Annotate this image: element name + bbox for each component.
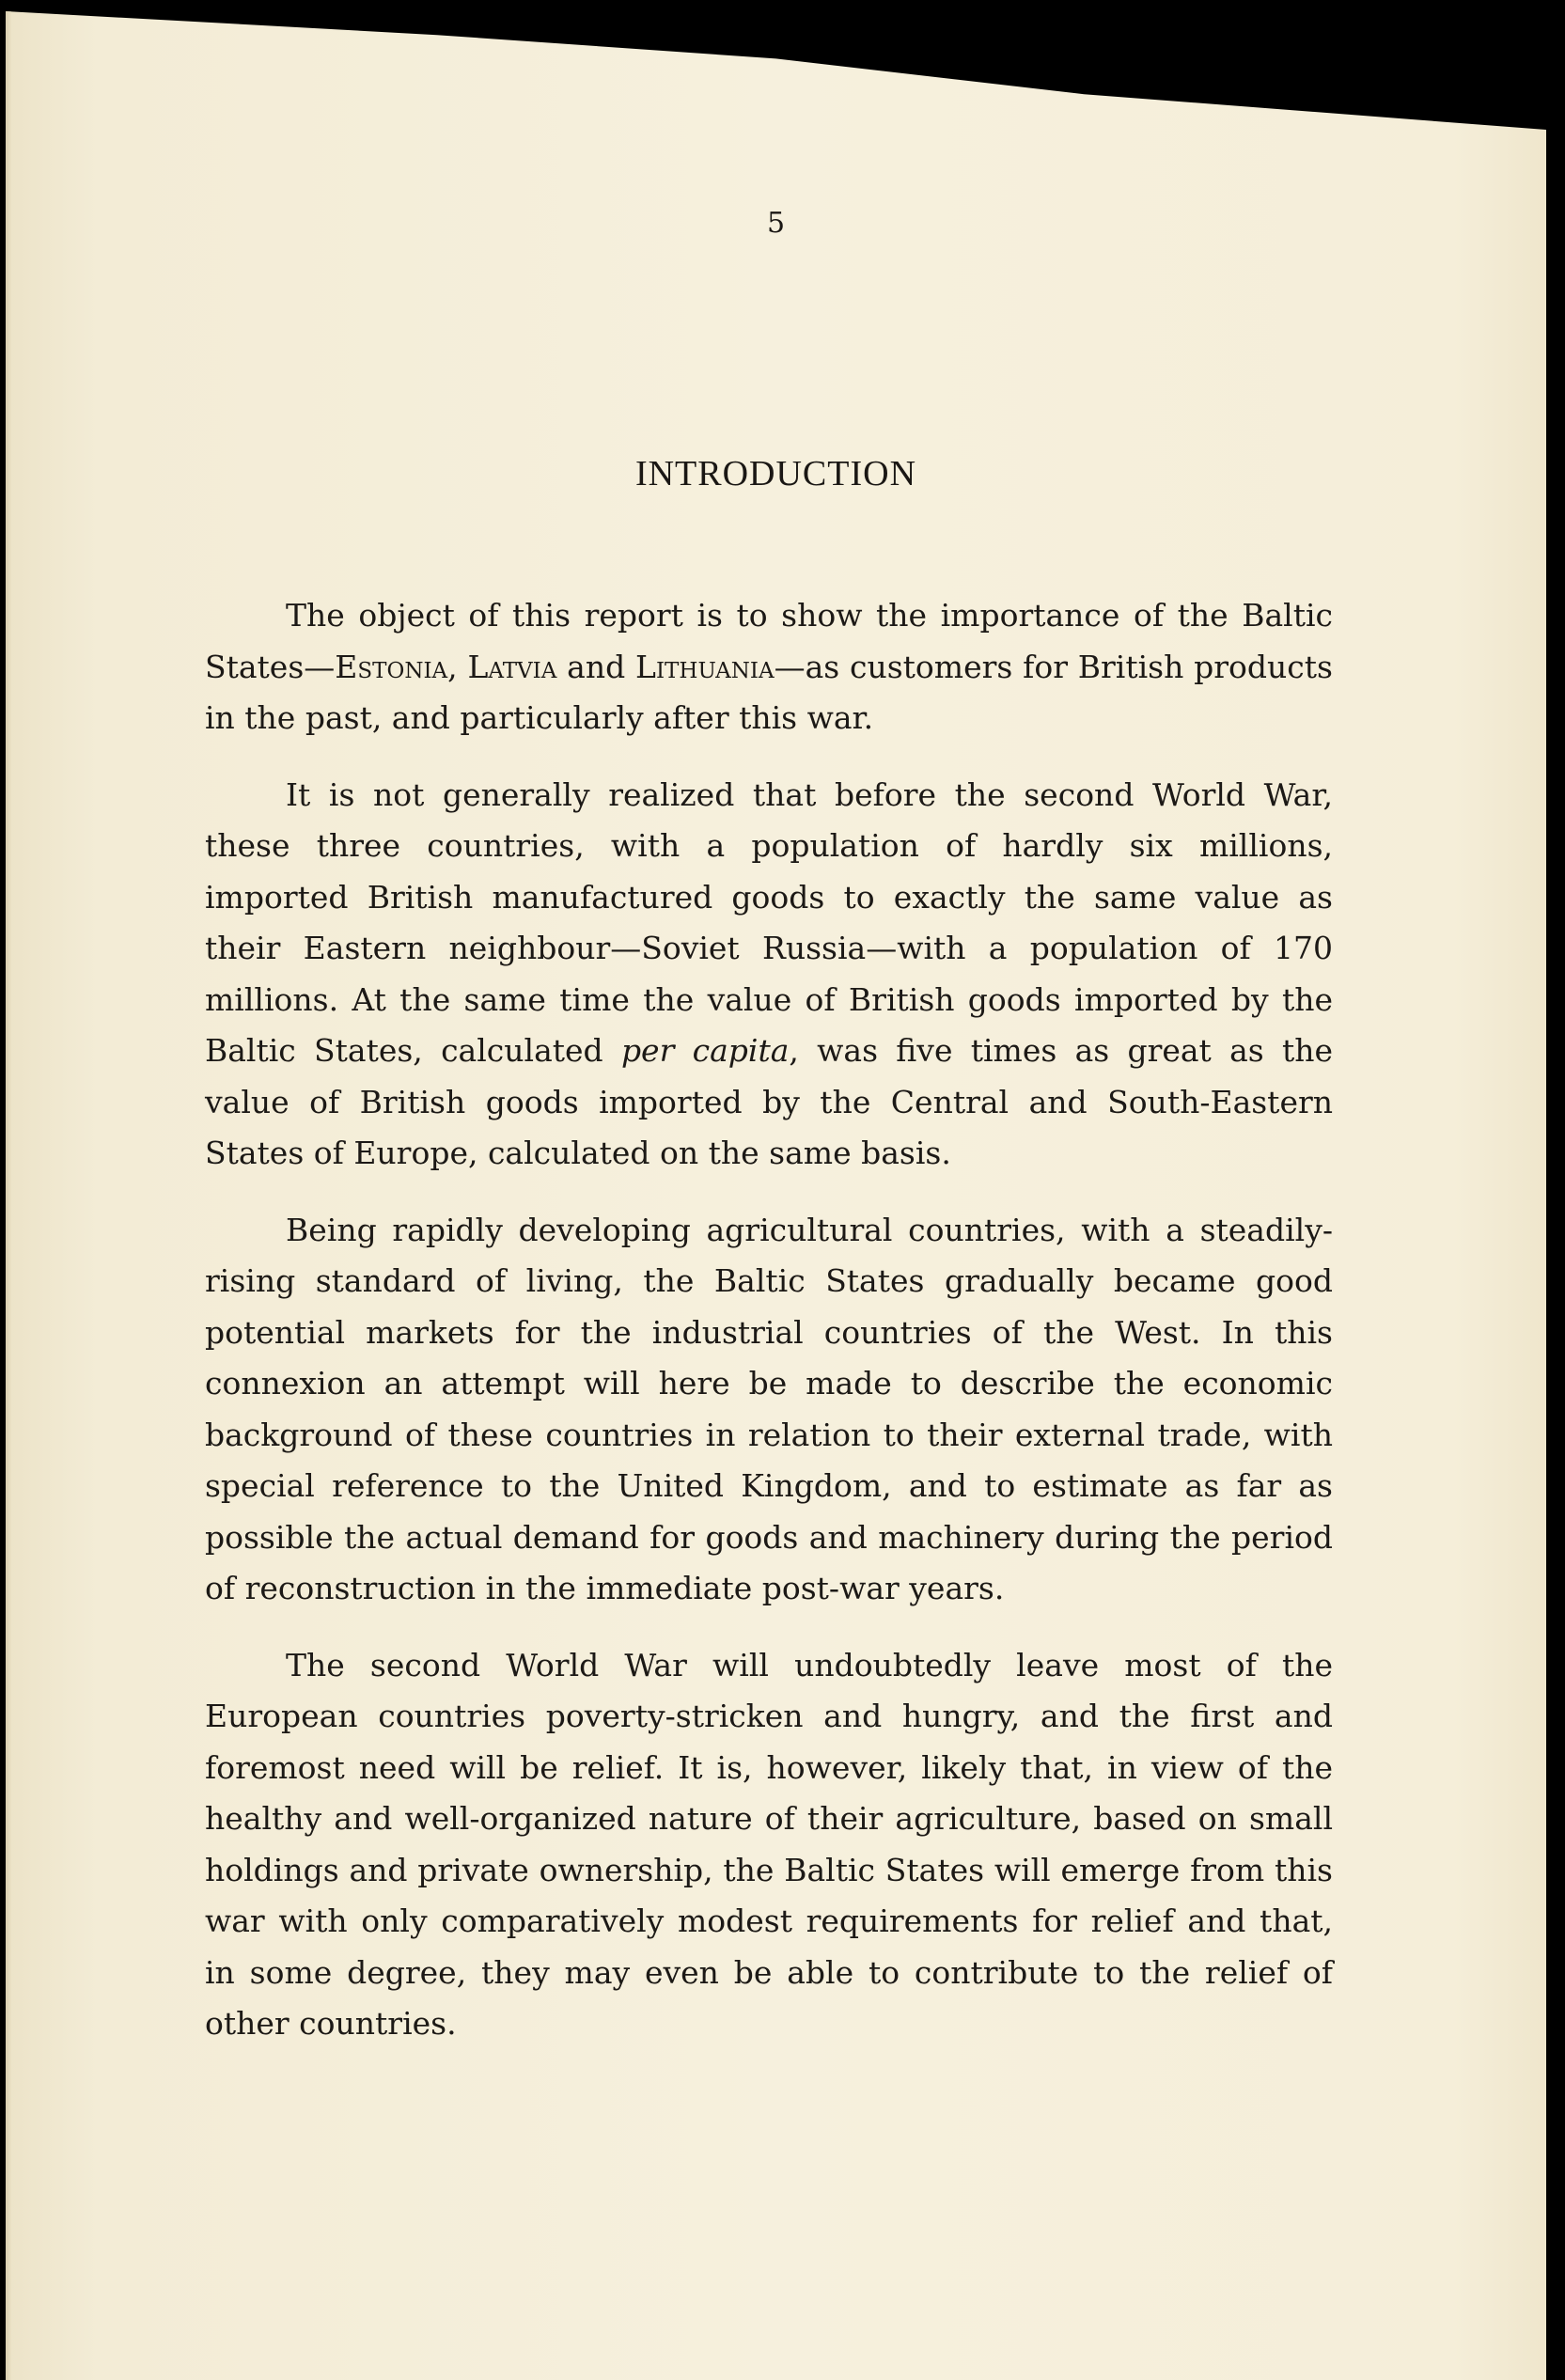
- body-text: The object of this report is to show the…: [205, 590, 1333, 2075]
- section-heading: INTRODUCTION: [6, 453, 1546, 494]
- country-estonia: Estonia: [335, 649, 447, 685]
- paragraph-1: The object of this report is to show the…: [205, 590, 1333, 744]
- country-latvia: Latvia: [467, 649, 556, 685]
- document-page: 5 INTRODUCTION The object of this report…: [6, 11, 1546, 2380]
- country-lithuania: Lithuania: [635, 649, 775, 685]
- paragraph-1-text-c: and: [556, 649, 635, 685]
- paragraph-3: Being rapidly developing agricultural co…: [205, 1205, 1333, 1615]
- paragraph-1-text-b: ,: [447, 649, 467, 685]
- paragraph-2-italic: per capita: [621, 1032, 789, 1069]
- paragraph-4: The second World War will undoubtedly le…: [205, 1640, 1333, 2050]
- page-number: 5: [6, 207, 1546, 240]
- page-spine-edge: [6, 11, 11, 2380]
- paragraph-2: It is not generally realized that before…: [205, 770, 1333, 1180]
- paragraph-2-text: It is not generally realized that before…: [205, 776, 1333, 1070]
